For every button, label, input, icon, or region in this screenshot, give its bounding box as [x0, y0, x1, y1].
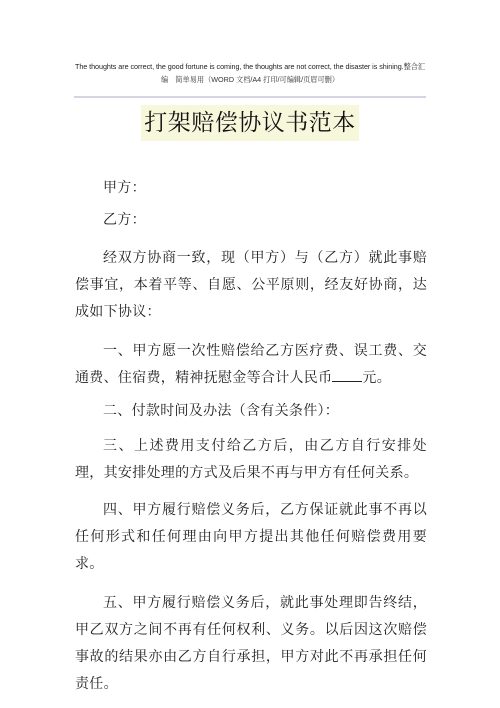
- clause-1-suffix: 元。: [362, 370, 391, 386]
- party-a-label: 甲方：: [75, 175, 427, 202]
- amount-blank: [332, 369, 362, 382]
- clause-4: 四、甲方履行赔偿义务后，乙方保证就此事不再以任何形式和任何理由向甲方提出其他任何…: [75, 497, 427, 578]
- page-header: The thoughts are correct, the good fortu…: [0, 61, 500, 87]
- document-body: 甲方： 乙方： 经双方协商一致，现（甲方）与（乙方）就此事赔偿事宜，本着平等、自…: [75, 175, 427, 698]
- clause-2: 二、付款时间及办法（含有关条件）：: [75, 398, 427, 425]
- clause-3: 三、上述费用支付给乙方后，由乙方自行安排处理，其安排处理的方式及后果不再与甲方有…: [75, 433, 427, 487]
- title-container: 打架赔偿协议书范本: [0, 105, 500, 141]
- intro-paragraph: 经双方协商一致，现（甲方）与（乙方）就此事赔偿事宜，本着平等、自愿、公平原则，经…: [75, 245, 427, 326]
- clause-5: 五、甲方履行赔偿义务后，就此事处理即告终结，甲乙双方之间不再有任何权利、义务。以…: [75, 590, 427, 698]
- header-divider: [74, 96, 426, 98]
- party-b-label: 乙方：: [75, 207, 427, 234]
- header-subtitle: 编 简单易用（WORD 文档/A4 打印/可编辑/页眉可删）: [0, 73, 500, 87]
- document-title: 打架赔偿协议书范本: [141, 105, 359, 141]
- header-slogan: The thoughts are correct, the good fortu…: [0, 61, 500, 73]
- clause-1: 一、甲方愿一次性赔偿给乙方医疗费、误工费、交通费、住宿费，精神抚慰金等合计人民币…: [75, 338, 427, 392]
